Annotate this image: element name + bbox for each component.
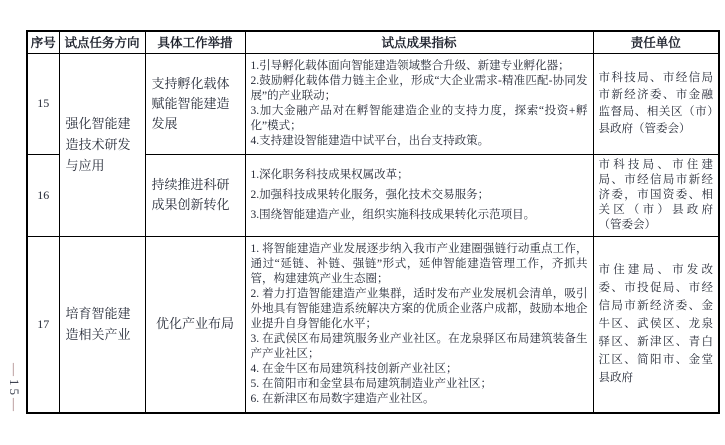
indicator-item: 2. 着力打造智能建造产业集群，适时发布产业发展机会清单，吸引外地具有智能建造系… <box>251 287 588 332</box>
row17-serial: 17 <box>27 236 59 413</box>
row17-indicators: 1. 将智能建造产业发展逐步纳入我市产业建圈强链行动重点工作，通过“延链、补链、… <box>245 236 593 413</box>
row16-units: 市科技局、市住建局、市经信局市新经济委，市国资委、相关区（市）县政府（管委会） <box>593 154 719 236</box>
indicator-item: 5. 在简阳市和金堂县布局建筑制造业产业社区； <box>251 377 588 392</box>
row16-indicators: 1.深化职务科技成果权属改革； 2.加强科技成果转化服务，强化技术交易服务； 3… <box>245 154 593 236</box>
indicator-item: 3.加大金融产品对在孵智能建造企业的支持力度，探索“投资+孵化”模式； <box>251 104 588 134</box>
indicator-item: 3. 在武侯区布局建筑服务业产业社区。在龙泉驿区布局建筑装备生产产业社区； <box>251 332 588 362</box>
indicator-item: 1.引导孵化载体面向智能建造领域整合升级、新建专业孵化器； <box>251 59 588 74</box>
col-header-serial: 序号 <box>27 31 59 53</box>
col-header-indicators: 试点成果指标 <box>245 31 593 53</box>
row17-units: 市住建局、市发改委、市投促局、市经信局市新经济委、金牛区、武侯区、龙泉驿区、新津… <box>593 236 719 413</box>
col-header-measures: 具体工作举措 <box>145 31 245 53</box>
table-row-15: 15 强化智能建造技术研发与应用 支持孵化载体赋能智能建造发展 1.引导孵化载体… <box>27 53 719 154</box>
table-row-17: 17 培育智能建造相关产业 优化产业布局 1. 将智能建造产业发展逐步纳入我市产… <box>27 236 719 413</box>
row15-units: 市科技局、市经信局市新经济委、市金融监督局、相关区（市）县政府（管委会） <box>593 53 719 154</box>
page-number-value: 15 <box>7 379 22 398</box>
row15-indicators: 1.引导孵化载体面向智能建造领域整合升级、新建专业孵化器； 2.鼓励孵化载体借力… <box>245 53 593 154</box>
row15-16-direction: 强化智能建造技术研发与应用 <box>59 53 145 236</box>
pilot-tasks-table: 序号 试点任务方向 具体工作举措 试点成果指标 责任单位 15 强化智能建造技术… <box>26 30 720 414</box>
indicator-item: 1. 将智能建造产业发展逐步纳入我市产业建圈强链行动重点工作，通过“延链、补链、… <box>251 242 588 287</box>
indicator-item: 2.鼓励孵化载体借力链主企业，形成“大企业需求-精准匹配-协同发展”的产业联动； <box>251 74 588 104</box>
document-page: 序号 试点任务方向 具体工作举措 试点成果指标 责任单位 15 强化智能建造技术… <box>0 0 725 445</box>
indicator-item: 4.支持建设智能建造中试平台，出台支持政策。 <box>251 134 588 149</box>
row17-measure: 优化产业布局 <box>145 236 245 413</box>
indicator-item: 3.围绕智能建造产业，组织实施科技成果转化示范项目。 <box>251 205 588 225</box>
row15-measure: 支持孵化载体赋能智能建造发展 <box>145 53 245 154</box>
row16-measure: 持续推进科研成果创新转化 <box>145 154 245 236</box>
col-header-direction: 试点任务方向 <box>59 31 145 53</box>
indicator-item: 4. 在金牛区布局建筑科技创新产业社区； <box>251 362 588 377</box>
page-number-dash: — <box>7 398 22 414</box>
col-header-units: 责任单位 <box>593 31 719 53</box>
header-row: 序号 试点任务方向 具体工作举措 试点成果指标 责任单位 <box>27 31 719 53</box>
indicator-item: 6. 在新津区布局数字建造产业社区。 <box>251 392 588 407</box>
indicator-item: 1.深化职务科技成果权属改革； <box>251 165 588 185</box>
page-number: —15— <box>7 363 21 414</box>
row16-serial: 16 <box>27 154 59 236</box>
row15-serial: 15 <box>27 53 59 154</box>
page-number-dash: — <box>7 363 22 379</box>
row17-direction: 培育智能建造相关产业 <box>59 236 145 413</box>
indicator-item: 2.加强科技成果转化服务，强化技术交易服务； <box>251 185 588 205</box>
